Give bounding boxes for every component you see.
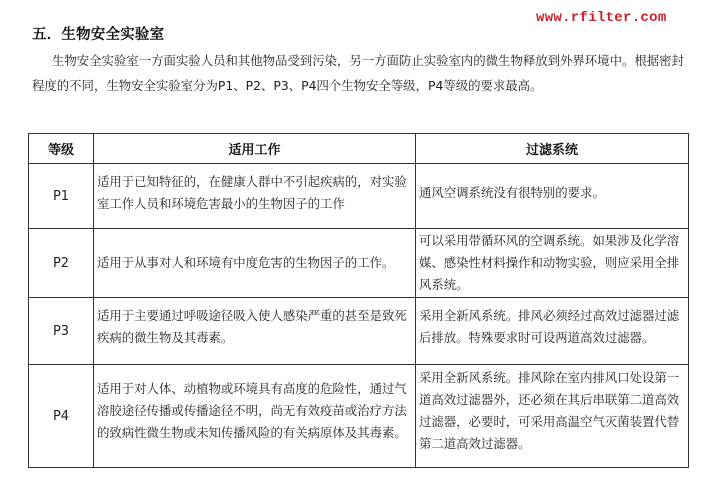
header-filter-system: 过滤系统	[416, 134, 689, 164]
work-text: 适用于主要通过呼吸途径吸入使人感染严重的甚至是致死疾病的微生物及其毒素。	[97, 305, 409, 357]
filter-cell: 采用全新风系统。排风除在室内排风口处设第一道高效过滤器外，还必须在其后串联第二道…	[416, 365, 689, 468]
filter-text: 采用全新风系统。排风除在室内排风口处设第一道高效过滤器外，还必须在其后串联第二道…	[419, 367, 682, 465]
website-watermark: www.rfilter.com	[536, 10, 667, 26]
filter-cell: 通风空调系统没有很特别的要求。	[416, 164, 689, 229]
work-cell: 适用于已知特征的，在健康人群中不引起疾病的，对实验室工作人员和环境危害最小的生物…	[94, 164, 416, 229]
grade-cell: P3	[29, 298, 94, 365]
filter-text: 采用全新风系统。排风必须经过高效过滤器过滤后排放。特殊要求时可设两道高效过滤器。	[419, 305, 682, 357]
work-text: 适用于对人体、动植物或环境具有高度的危险性，通过气溶胶途径传播或传播途径不明，尚…	[97, 378, 409, 454]
intro-paragraph: 生物安全实验室一方面实验人员和其他物品受到污染，另一方面防止实验室内的微生物释放…	[32, 48, 692, 98]
grade-cell: P2	[29, 229, 94, 298]
work-cell: 适用于对人体、动植物或环境具有高度的危险性，通过气溶胶途径传播或传播途径不明，尚…	[94, 365, 416, 468]
table-row-p3: P3 适用于主要通过呼吸途径吸入使人感染严重的甚至是致死疾病的微生物及其毒素。 …	[29, 298, 689, 365]
table-header-row: 等级 适用工作 过滤系统	[29, 134, 689, 164]
work-cell: 适用于主要通过呼吸途径吸入使人感染严重的甚至是致死疾病的微生物及其毒素。	[94, 298, 416, 365]
work-text: 适用于已知特征的，在健康人群中不引起疾病的，对实验室工作人员和环境危害最小的生物…	[97, 171, 409, 221]
table-row-p1: P1 适用于已知特征的，在健康人群中不引起疾病的，对实验室工作人员和环境危害最小…	[29, 164, 689, 229]
grade-cell: P1	[29, 164, 94, 229]
filter-text: 可以采用带循环风的空调系统。如果涉及化学溶媒、感染性材料操作和动物实验，则应采用…	[419, 230, 682, 296]
work-text: 适用于从事对人和环境有中度危害的生物因子的工作。	[97, 252, 409, 274]
work-cell: 适用于从事对人和环境有中度危害的生物因子的工作。	[94, 229, 416, 298]
filter-text: 通风空调系统没有很特别的要求。	[419, 182, 682, 210]
section-heading: 五．生物安全实验室	[32, 23, 164, 44]
biosafety-level-table: 等级 适用工作 过滤系统 P1 适用于已知特征的，在健康人群中不引起疾病的，对实…	[28, 133, 689, 468]
grade-cell: P4	[29, 365, 94, 468]
filter-cell: 采用全新风系统。排风必须经过高效过滤器过滤后排放。特殊要求时可设两道高效过滤器。	[416, 298, 689, 365]
filter-cell: 可以采用带循环风的空调系统。如果涉及化学溶媒、感染性材料操作和动物实验，则应采用…	[416, 229, 689, 298]
table-row-p2: P2 适用于从事对人和环境有中度危害的生物因子的工作。 可以采用带循环风的空调系…	[29, 229, 689, 298]
header-applicable-work: 适用工作	[94, 134, 416, 164]
header-grade: 等级	[29, 134, 94, 164]
table-row-p4: P4 适用于对人体、动植物或环境具有高度的危险性，通过气溶胶途径传播或传播途径不…	[29, 365, 689, 468]
